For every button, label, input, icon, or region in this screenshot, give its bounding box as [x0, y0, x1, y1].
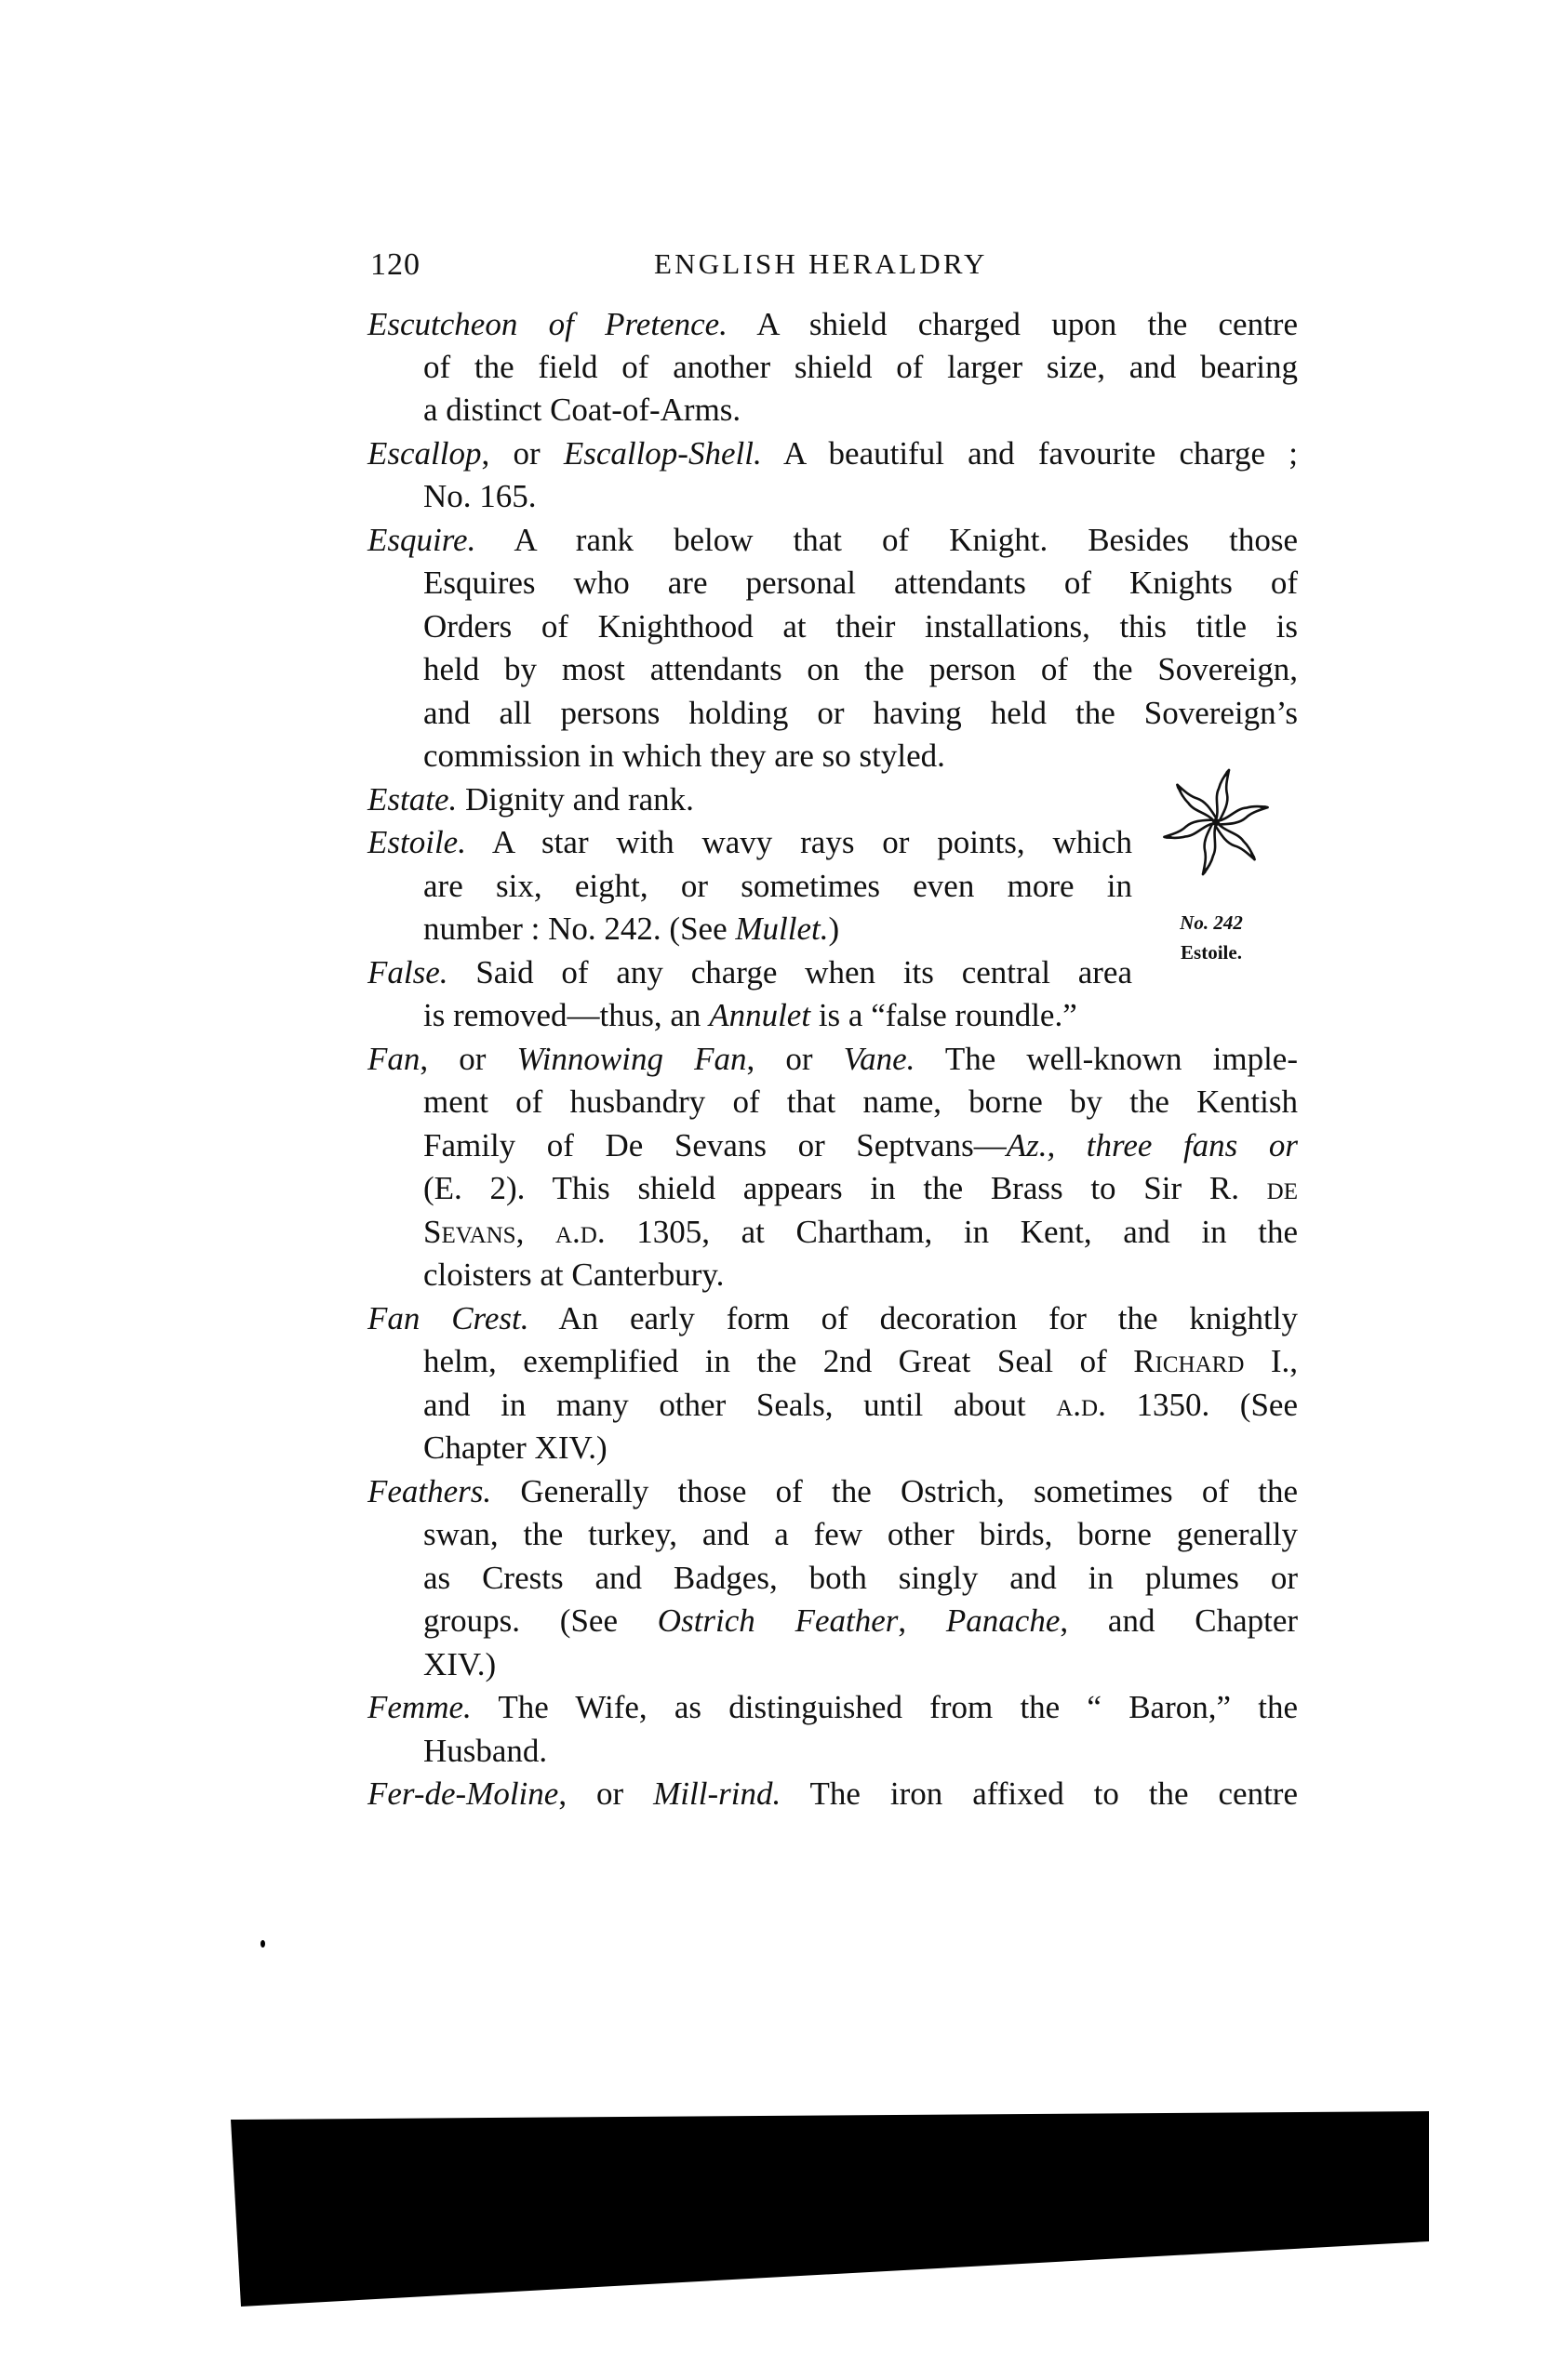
entry-line: Family of De Sevans or Septvans—Az., thr…	[423, 1124, 1298, 1167]
cross-reference: Ostrich Feather	[658, 1602, 899, 1639]
entry-line: are six, eight, or sometimes even more i…	[423, 865, 1132, 908]
entry-line: Escutcheon of Pretence. A shield charged…	[367, 303, 1298, 346]
entry-term: Femme.	[367, 1689, 472, 1725]
entry-term: Feathers.	[367, 1473, 491, 1509]
entry-term-alt: Mill-rind.	[653, 1775, 781, 1812]
entry-term: False.	[367, 954, 448, 991]
entry-line: ment of husbandry of that name, borne by…	[423, 1081, 1298, 1124]
entry-line: groups. (See Ostrich Feather, Panache, a…	[423, 1600, 1298, 1642]
cross-reference: Mullet.	[735, 911, 828, 947]
entry-line: Estoile. A star with wavy rays or points…	[367, 821, 1132, 864]
entry-line: Esquire. A rank below that of Knight. Be…	[367, 519, 1298, 562]
entry-term: Fer-de-Moline	[367, 1775, 558, 1812]
entry-line: Chapter XIV.)	[423, 1427, 1298, 1469]
estoile-figure	[1146, 768, 1286, 880]
scan-speck	[260, 1940, 265, 1948]
entry-term-alt: Vane.	[844, 1041, 915, 1077]
page-number: 120	[370, 247, 421, 283]
entry-term: Escallop	[367, 435, 481, 472]
entry-term-alt: Escallop-Shell.	[564, 435, 762, 472]
blazon: Az., three fans or	[1007, 1127, 1298, 1163]
entry-line: Fan Crest. An early form of decoration f…	[367, 1297, 1298, 1340]
entry-term: Estoile.	[367, 824, 466, 860]
entry-line: a distinct Coat-of-Arms.	[423, 389, 1298, 432]
figure-number: No. 242	[1163, 911, 1260, 935]
entry-line: Husband.	[423, 1730, 1298, 1773]
entry-line: Estate. Dignity and rank.	[367, 778, 1132, 821]
entry-line: Femme. The Wife, as distinguished from t…	[367, 1686, 1298, 1729]
entry-line: and all persons holding or having held t…	[423, 692, 1298, 735]
entry-line: Fan, or Winnowing Fan, or Vane. The well…	[367, 1038, 1298, 1081]
cross-reference: Annulet	[709, 997, 810, 1033]
entry-line: False. Said of any charge when its centr…	[367, 951, 1132, 994]
entry-line: cloisters at Canterbury.	[423, 1254, 1298, 1296]
entry-line: is removed—thus, an Annulet is a “false …	[423, 994, 1077, 1037]
entry-line: Escallop, or Escallop-Shell. A beautiful…	[367, 432, 1298, 475]
entry-line: Esquires who are personal attendants of …	[423, 562, 1298, 605]
entry-line: swan, the turkey, and a few other birds,…	[423, 1513, 1298, 1556]
entry-line: and in many other Seals, until about a.d…	[423, 1384, 1298, 1427]
entry-line: as Crests and Badges, both singly and in…	[423, 1557, 1298, 1600]
figure-caption: Estoile.	[1163, 941, 1260, 964]
entry-line: XIV.)	[423, 1643, 1298, 1686]
entry-line: helm, exemplified in the 2nd Great Seal …	[423, 1340, 1298, 1383]
running-head: ENGLISH HERALDRY	[654, 247, 1009, 281]
entry-line: Fer-de-Moline, or Mill-rind. The iron af…	[367, 1773, 1298, 1815]
entry-term: Fan Crest.	[367, 1300, 529, 1336]
cross-reference: Panache	[946, 1602, 1060, 1639]
entry-line: Orders of Knighthood at their installati…	[423, 605, 1298, 648]
entry-line: number : No. 242. (See Mullet.)	[423, 908, 1132, 951]
entry-line: (E. 2). This shield appears in the Brass…	[423, 1167, 1298, 1210]
entry-term: Escutcheon of Pretence.	[367, 306, 728, 342]
entry-line: No. 165.	[423, 475, 1298, 518]
entry-term: Estate.	[367, 781, 457, 818]
entry-term-alt: Winnowing Fan	[516, 1041, 746, 1077]
entry-term: Fan	[367, 1041, 420, 1077]
entry-line: Sevans, a.d. 1305, at Chartham, in Kent,…	[423, 1211, 1298, 1254]
estoile-star-icon	[1146, 768, 1286, 880]
entry-term: Esquire.	[367, 522, 475, 558]
entry-line: held by most attendants on the person of…	[423, 648, 1298, 691]
entry-line: Feathers. Generally those of the Ostrich…	[367, 1470, 1298, 1513]
entry-line: of the field of another shield of larger…	[423, 346, 1298, 389]
